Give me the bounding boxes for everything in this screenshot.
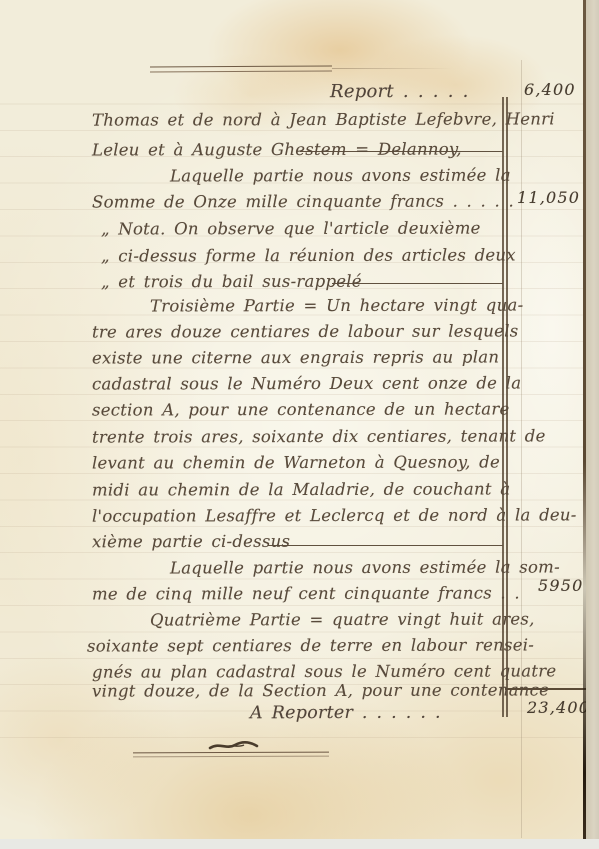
paragraph-end-dash	[268, 545, 503, 546]
top-rule	[150, 66, 332, 73]
handwritten-line: Troisième Partie = Un hectare vingt qua-	[150, 296, 523, 317]
scanned-manuscript-screenshot: { "document": { "kind": "handwritten led…	[0, 0, 599, 849]
handwritten-line: „ ci-dessus forme la réunion des article…	[101, 245, 516, 266]
handwritten-line: vingt douze, de la Section A, pour une c…	[92, 680, 549, 701]
handwritten-line: Somme de Onze mille cinquante francs . .…	[92, 191, 514, 212]
handwritten-line: „ Nota. On observe que l'article deuxièm…	[101, 219, 481, 240]
handwritten-line: Quatrième Partie = quatre vingt huit are…	[150, 609, 535, 630]
amount-number: 6,400	[524, 80, 576, 99]
handwritten-line: Thomas et de nord à Jean Baptiste Lefebv…	[92, 109, 555, 130]
book-edge-strip	[586, 0, 599, 840]
handwritten-line: cadastral sous le Numéro Deux cent onze …	[92, 373, 521, 394]
top-rule-extension	[332, 68, 452, 69]
handwritten-line: A Reporter . . . . . .	[250, 703, 441, 723]
handwritten-line: levant au chemin de Warneton à Quesnoy, …	[92, 452, 500, 473]
bottom-closing-rule	[133, 752, 329, 758]
handwritten-line: section A, pour une contenance de un hec…	[92, 399, 510, 420]
handwritten-line: Laquelle partie nous avons estimée la	[170, 166, 511, 187]
page-edge-line	[583, 0, 586, 840]
amount-number: 11,050 .	[517, 188, 593, 207]
handwritten-line: xième partie ci-dessus	[92, 532, 290, 553]
handwritten-line: me de cinq mille neuf cent cinquante fra…	[92, 583, 520, 604]
faint-column-line	[521, 60, 522, 838]
handwritten-line: Report . . . . .	[330, 82, 469, 102]
handwritten-line: midi au chemin de la Maladrie, de coucha…	[92, 479, 510, 500]
handwritten-line: soixante sept centiares de terre en labo…	[87, 635, 534, 656]
handwritten-line: tre ares douze centiares de labour sur l…	[92, 321, 518, 342]
amount-number: 23,400	[527, 698, 590, 717]
handwritten-line: Laquelle partie nous avons estimée la so…	[170, 557, 560, 578]
handwritten-line: existe une citerne aux engrais repris au…	[92, 347, 499, 368]
handwritten-line: trente trois ares, soixante dix centiare…	[92, 426, 546, 447]
handwritten-line: gnés au plan cadastral sous le Numéro ce…	[92, 661, 556, 682]
handwritten-line: Leleu et à Auguste Ghestem = Delannoy,	[92, 140, 462, 161]
handwritten-line: l'occupation Lesaffre et Leclercq et de …	[92, 505, 577, 526]
handwritten-line: „ et trois du bail sus-rappelé	[101, 272, 362, 293]
scan-background-strip	[0, 839, 599, 849]
